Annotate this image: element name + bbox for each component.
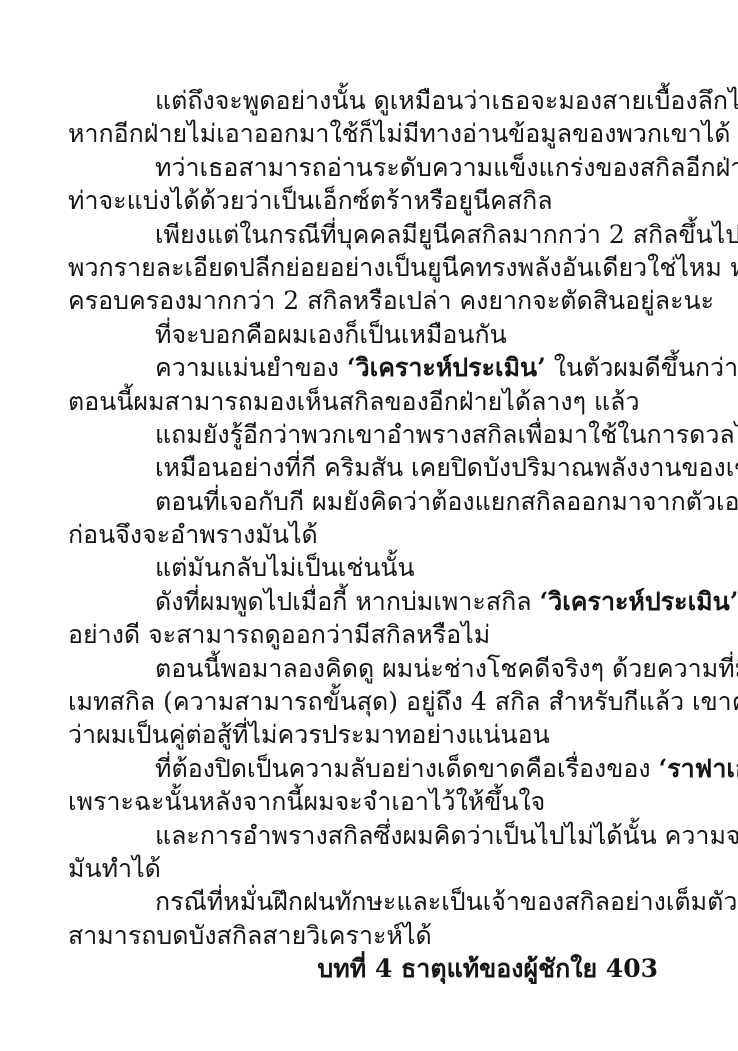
- text-line: เหมือนอย่างที่กี คริมสัน เคยปิดบังปริมาณ…: [68, 451, 676, 484]
- text-segment: ท่าจะแบ่งได้ด้วยว่าเป็นเอ็กซ์ตร้าหรือยูน…: [68, 186, 553, 215]
- book-page: แต่ถึงจะพูดอย่างนั้น ดูเหมือนว่าเธอจะมอง…: [0, 0, 738, 1051]
- text-line: อย่างดี จะสามารถดูออกว่ามีสกิลหรือไม่: [68, 618, 676, 651]
- emphasized-term: ‘วิเคราะห์ประเมิน’: [347, 353, 546, 382]
- text-line: กรณีที่หมั่นฝึกฝนทักษะและเป็นเจ้าของสกิล…: [68, 885, 676, 918]
- text-segment: ที่จะบอกคือผมเองก็เป็นเหมือนกัน: [155, 320, 507, 349]
- text-segment: ตอนนี้ผมสามารถมองเห็นสกิลของอีกฝ่ายได้ลา…: [68, 387, 639, 416]
- text-line: ทว่าเธอสามารถอ่านระดับความแข็งแกร่งของสก…: [68, 151, 676, 184]
- text-segment: ดังที่ผมพูดไปเมื่อกี้ หากบ่มเพาะสกิล: [155, 587, 540, 616]
- text-line: แต่ถึงจะพูดอย่างนั้น ดูเหมือนว่าเธอจะมอง…: [68, 84, 676, 117]
- text-line: ก่อนจึงจะอำพรางมันได้: [68, 518, 676, 551]
- text-segment: แต่มันกลับไม่เป็นเช่นนั้น: [155, 553, 415, 582]
- text-line: เพียงแต่ในกรณีที่บุคคลมียูนีคสกิลมากกว่า…: [68, 218, 676, 251]
- text-segment: ก่อนจึงจะอำพรางมันได้: [68, 520, 318, 549]
- text-line: ที่ต้องปิดเป็นความลับอย่างเด็ดขาดคือเรื่…: [68, 752, 676, 785]
- text-segment: ตอนนี้พอมาลองคิดดู ผมน่ะช่างโชคดีจริงๆ ด…: [155, 654, 738, 683]
- text-line: หากอีกฝ่ายไม่เอาออกมาใช้ก็ไม่มีทางอ่านข้…: [68, 117, 676, 150]
- text-segment: แต่ถึงจะพูดอย่างนั้น ดูเหมือนว่าเธอจะมอง…: [155, 86, 738, 115]
- text-line: ตอนที่เจอกับกี ผมยังคิดว่าต้องแยกสกิลออก…: [68, 485, 676, 518]
- text-segment: มันทำได้: [68, 854, 161, 883]
- emphasized-term: ‘วิเคราะห์ประเมิน’: [540, 587, 738, 616]
- text-segment: เหมือนอย่างที่กี คริมสัน เคยปิดบังปริมาณ…: [155, 453, 738, 482]
- page-footer: บทที่ 4 ธาตุแท้ของผู้ชักใย 403: [317, 953, 658, 985]
- text-segment: เมทสกิล (ความสามารถขั้นสุด) อยู่ถึง 4 สก…: [68, 687, 738, 716]
- text-segment: เพราะฉะนั้นหลังจากนี้ผมจะจำเอาไว้ให้ขึ้น…: [68, 787, 545, 816]
- emphasized-term: ‘ราฟาเอล’: [659, 754, 738, 783]
- text-line: ตอนนี้ผมสามารถมองเห็นสกิลของอีกฝ่ายได้ลา…: [68, 385, 676, 418]
- text-segment: หากอีกฝ่ายไม่เอาออกมาใช้ก็ไม่มีทางอ่านข้…: [68, 119, 731, 148]
- text-segment: ทว่าเธอสามารถอ่านระดับความแข็งแกร่งของสก…: [155, 153, 738, 182]
- text-segment: เพียงแต่ในกรณีที่บุคคลมียูนีคสกิลมากกว่า…: [155, 220, 738, 249]
- text-segment: ที่ต้องปิดเป็นความลับอย่างเด็ดขาดคือเรื่…: [155, 754, 659, 783]
- text-line: มันทำได้: [68, 852, 676, 885]
- text-line: ตอนนี้พอมาลองคิดดู ผมน่ะช่างโชคดีจริงๆ ด…: [68, 652, 676, 685]
- text-segment: สามารถบดบังสกิลสายวิเคราะห์ได้: [68, 921, 432, 950]
- text-segment: และการอำพรางสกิลซึ่งผมคิดว่าเป็นไปไม่ได้…: [155, 821, 738, 850]
- text-line: ความแม่นยำของ ‘วิเคราะห์ประเมิน’ ในตัวผม…: [68, 351, 676, 384]
- text-segment: แถมยังรู้อีกว่าพวกเขาอำพรางสกิลเพื่อมาใช…: [155, 420, 738, 449]
- text-line: เมทสกิล (ความสามารถขั้นสุด) อยู่ถึง 4 สก…: [68, 685, 676, 718]
- text-line: ดังที่ผมพูดไปเมื่อกี้ หากบ่มเพาะสกิล ‘วิ…: [68, 585, 676, 618]
- text-line: พวกรายละเอียดปลีกย่อยอย่างเป็นยูนีคทรงพล…: [68, 251, 676, 284]
- text-segment: กรณีที่หมั่นฝึกฝนทักษะและเป็นเจ้าของสกิล…: [155, 887, 738, 916]
- text-segment: ว่าผมเป็นคู่ต่อสู้ที่ไม่ควรประมาทอย่างแน…: [68, 720, 550, 749]
- text-segment: พวกรายละเอียดปลีกย่อยอย่างเป็นยูนีคทรงพล…: [68, 253, 738, 282]
- text-line: แต่มันกลับไม่เป็นเช่นนั้น: [68, 551, 676, 584]
- text-segment: ครอบครองมากกว่า 2 สกิลหรือเปล่า คงยากจะต…: [68, 286, 714, 315]
- text-segment: ความแม่นยำของ: [155, 353, 347, 382]
- text-line: และการอำพรางสกิลซึ่งผมคิดว่าเป็นไปไม่ได้…: [68, 819, 676, 852]
- body-text: แต่ถึงจะพูดอย่างนั้น ดูเหมือนว่าเธอจะมอง…: [68, 84, 676, 952]
- text-segment: ในตัวผมดีขึ้นกว่าเก่า: [546, 353, 738, 382]
- text-line: ท่าจะแบ่งได้ด้วยว่าเป็นเอ็กซ์ตร้าหรือยูน…: [68, 184, 676, 217]
- text-line: ว่าผมเป็นคู่ต่อสู้ที่ไม่ควรประมาทอย่างแน…: [68, 718, 676, 751]
- text-line: ที่จะบอกคือผมเองก็เป็นเหมือนกัน: [68, 318, 676, 351]
- text-line: เพราะฉะนั้นหลังจากนี้ผมจะจำเอาไว้ให้ขึ้น…: [68, 785, 676, 818]
- text-segment: ตอนที่เจอกับกี ผมยังคิดว่าต้องแยกสกิลออก…: [155, 487, 738, 516]
- text-segment: อย่างดี จะสามารถดูออกว่ามีสกิลหรือไม่: [68, 620, 490, 649]
- text-line: แถมยังรู้อีกว่าพวกเขาอำพรางสกิลเพื่อมาใช…: [68, 418, 676, 451]
- footer-chapter-page-label: บทที่ 4 ธาตุแท้ของผู้ชักใย 403: [317, 954, 658, 983]
- text-line: สามารถบดบังสกิลสายวิเคราะห์ได้: [68, 919, 676, 952]
- text-line: ครอบครองมากกว่า 2 สกิลหรือเปล่า คงยากจะต…: [68, 284, 676, 317]
